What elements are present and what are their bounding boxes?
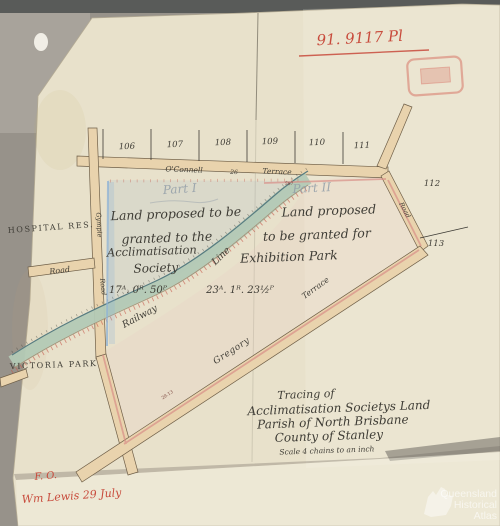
part1-text-line4: Society <box>133 260 178 276</box>
watermark-line3: Atlas <box>474 510 497 522</box>
lot-110-label: 110 <box>309 138 326 149</box>
street-oconnell-terrace: Terrace <box>262 166 292 176</box>
lot-111-label: 111 <box>354 141 371 152</box>
part1-blue-wash <box>111 182 112 344</box>
lot-106-label: 106 <box>119 142 136 153</box>
red-initials: F. O. <box>33 470 57 483</box>
part2-pencil-label: Part II <box>291 180 331 196</box>
street-oconnell: O'Connell <box>165 164 203 174</box>
lot-113-label: 113 <box>428 239 444 249</box>
title-line1: Tracing of <box>277 387 336 402</box>
scanned-map-photo: 91. 9117 Pl <box>0 0 500 526</box>
street-oconnell-measure: 26 <box>229 169 238 176</box>
street-gympie: Gympie <box>94 212 103 238</box>
part1-pencil-label: Part I <box>161 181 197 197</box>
part1-area-value: 17ᴬ. 0ᴿ. 50ᴾ <box>109 285 168 296</box>
lot-112-label: 112 <box>424 179 440 189</box>
paper-damage-spot <box>34 33 48 51</box>
lot-109-label: 109 <box>262 137 279 148</box>
part1-blue-edge <box>107 181 108 346</box>
lot-107-label: 107 <box>167 140 184 151</box>
map-canvas: 91. 9117 Pl <box>0 0 500 526</box>
part2-area-value: 23ᴬ. 1ᴿ. 23½ᴾ <box>205 285 275 296</box>
lot-108-label: 108 <box>215 138 232 149</box>
